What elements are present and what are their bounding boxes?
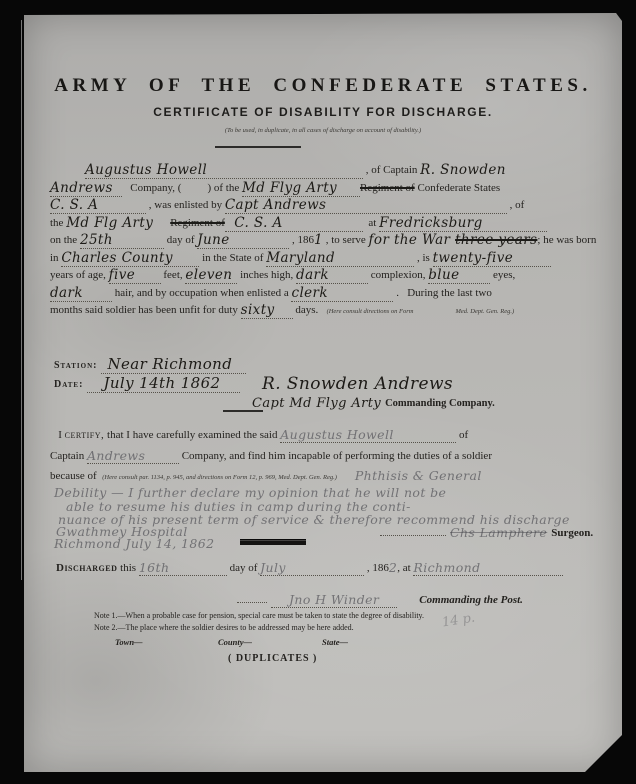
text-segment: complexion, — [368, 269, 428, 281]
town-label: Town— — [115, 637, 143, 647]
eyes: blue — [428, 267, 490, 284]
film-scratch — [21, 20, 22, 580]
discharge-month: July — [260, 560, 364, 576]
serve-term: for the War — [369, 232, 456, 248]
duplicates-label: ( DUPLICATES ) — [228, 653, 317, 664]
enlist-place: Fredricksburg — [379, 215, 547, 232]
height-inches: eleven — [185, 267, 237, 284]
text-segment: this — [117, 562, 138, 574]
text-segment: day of — [164, 234, 197, 246]
text-segment: I — [50, 429, 65, 441]
text-segment: ; he was born — [537, 234, 596, 246]
text-segment: , 186 — [364, 562, 389, 574]
text-segment: years of age, — [50, 269, 109, 281]
enlisted-by: Capt Andrews — [225, 197, 507, 214]
company-signature-rank-row: Capt Md Flyg Arty Commanding Company. — [252, 393, 495, 411]
unfit-days: sixty — [241, 302, 293, 319]
text-segment: Confederate States — [415, 182, 501, 194]
text-segment: , of — [507, 199, 524, 211]
army-abbrev-2: C. S. A — [225, 215, 363, 232]
certify-line-2: Captain Andrews Company, and find him in… — [50, 446, 492, 464]
certify-place-date-text: Richmond July 14, 1862 — [54, 536, 214, 551]
text-segment: in the State of — [199, 252, 266, 264]
form-line: Andrews Company, () of the Md Flyg ArtyR… — [50, 178, 610, 196]
soldier-name: Augustus Howell — [85, 162, 363, 179]
text-segment: Company, and find him incapable of perfo… — [179, 450, 492, 462]
date-value: July 14th 1862 — [87, 374, 240, 393]
text-segment: , 186 — [289, 234, 314, 246]
company-signature-name: R. Snowden Andrews — [262, 374, 453, 394]
form-line: C. S. A , was enlisted by Capt Andrews ,… — [50, 195, 610, 213]
text-segment: hair, and by occupation when enlisted a — [112, 287, 291, 299]
usage-note: (To be used, in duplicate, in all cases … — [24, 127, 622, 134]
text-segment: inches high, — [237, 269, 296, 281]
discharge-divider-rule — [240, 539, 306, 545]
text-segment: days. — [293, 304, 327, 316]
complexion: dark — [296, 267, 368, 284]
county-label: County— — [218, 637, 252, 647]
enlist-month: June — [197, 232, 289, 249]
form-line: months said soldier has been unfit for d… — [50, 300, 610, 318]
signature-underline-rule — [223, 410, 263, 412]
regiment-handwritten: Md Flyg Arty — [242, 180, 360, 197]
surgeon-signature-row: Chs Lamphere Surgeon. — [380, 523, 593, 541]
birth-state: Maryland — [266, 250, 414, 267]
discharge-line: Discharged this 16th day of July , 1862,… — [56, 558, 563, 576]
text-segment: day of — [227, 562, 260, 574]
form-line: on the 25th day of June , 1861 , to serv… — [50, 230, 610, 248]
certificate-paper: ARMY OF THE CONFEDERATE STATES. CERTIFIC… — [24, 13, 622, 772]
text-segment: in — [50, 252, 61, 264]
surgeon-signature: Chs Lamphere — [450, 525, 547, 540]
station-value: Near Richmond — [101, 355, 246, 374]
date-label: Date: — [54, 379, 83, 390]
certify-line-3: because of (Here consult par. 1134, p. 9… — [50, 466, 482, 484]
captain-first-name: R. Snowden — [420, 162, 506, 178]
text-segment: Company, ( — [122, 182, 181, 194]
text-segment: feet, — [161, 269, 186, 281]
text-segment: , at — [397, 562, 413, 574]
text-segment: Discharged — [56, 562, 117, 574]
text-segment: Med. Dept. Gen. Reg.) — [455, 308, 514, 315]
post-signature-blank-left — [237, 602, 267, 603]
note-1: Note 1.—When a probable case for pension… — [94, 611, 424, 620]
pencil-marginalia: 14 p. — [441, 611, 476, 631]
text-segment: eyes, — [490, 269, 515, 281]
army-abbrev: C. S. A — [50, 197, 146, 214]
text-segment: Regiment of — [360, 182, 415, 194]
text-segment: , to serve — [323, 234, 369, 246]
commanding-company-label: Commanding Company. — [385, 398, 495, 409]
text-segment: (Here consult par. 1134, p. 945, and dir… — [102, 474, 337, 481]
document-title: ARMY OF THE CONFEDERATE STATES. — [24, 75, 622, 97]
document-subtitle: CERTIFICATE OF DISABILITY FOR DISCHARGE. — [24, 105, 622, 119]
text-segment: on the — [50, 234, 80, 246]
serve-term-struck: three years — [455, 232, 537, 248]
surgeon-signature-blank — [380, 535, 446, 536]
certify-captain-name: Andrews — [87, 448, 179, 464]
text-segment: ) of the — [207, 182, 242, 194]
text-segment: because of — [50, 470, 102, 482]
station-row: Station: Near Richmond — [54, 354, 246, 373]
certify-line-1: I certify, that I have carefully examine… — [50, 425, 468, 443]
form-line: Augustus Howell , of Captain R. Snowden — [50, 160, 610, 178]
text-segment: Regiment of — [170, 217, 225, 229]
company-signature: R. Snowden Andrews — [262, 373, 453, 393]
text-segment: months said soldier has been unfit for d… — [50, 304, 241, 316]
form-line: the Md Flg Arty Regiment of C. S. A at F… — [50, 213, 610, 231]
station-label: Station: — [54, 360, 97, 371]
header-divider-rule — [215, 146, 301, 148]
height-feet: five — [109, 267, 161, 284]
form-line: dark hair, and by occupation when enlist… — [50, 283, 610, 301]
post-signature-row: Jno H Winder Commanding the Post. — [237, 590, 523, 608]
disability-cause: Phthisis & General — [355, 468, 482, 483]
post-signature: Jno H Winder — [271, 592, 397, 608]
certify-soldier-name: Augustus Howell — [280, 427, 456, 443]
text-segment: Captain — [50, 450, 87, 462]
hair: dark — [50, 285, 112, 302]
discharge-day: 16th — [139, 560, 227, 576]
regiment-2: Md Flg Arty — [66, 215, 170, 231]
text-segment: , was enlisted by — [146, 199, 225, 211]
text-segment: . During the last two — [393, 287, 491, 299]
form-line: in Charles County in the State of Maryla… — [50, 248, 610, 266]
form-line: years of age, five feet, eleven inches h… — [50, 265, 610, 283]
enlist-day: 25th — [80, 232, 164, 249]
discharge-place: Richmond — [413, 560, 563, 576]
company-signature-rank: Capt Md Flyg Arty — [252, 396, 381, 411]
certify-place-date: Richmond July 14, 1862 — [54, 534, 214, 552]
commanding-post-label: Commanding the Post. — [419, 594, 523, 606]
discharge-year-digit: 2 — [389, 560, 397, 575]
text-segment: , of Captain — [363, 164, 420, 176]
text-segment: of — [456, 429, 468, 441]
enlist-year-digit: 1 — [314, 232, 323, 248]
captain-last-name: Andrews — [50, 180, 122, 197]
text-segment: , is — [414, 252, 432, 264]
text-segment: certify, — [65, 429, 105, 441]
date-row: Date: July 14th 1862 — [54, 373, 240, 392]
enlistment-paragraph: Augustus Howell , of Captain R. Snowden … — [50, 160, 610, 318]
age: twenty-five — [433, 250, 551, 267]
note-2: Note 2.—The place where the soldier desi… — [94, 623, 354, 632]
state-label: State— — [322, 637, 348, 647]
text-segment: at — [363, 217, 379, 229]
text-segment: (Here consult directions on Form — [327, 308, 414, 315]
occupation: clerk — [291, 285, 393, 302]
text-segment: the — [50, 217, 66, 229]
birth-county: Charles County — [61, 250, 199, 267]
surgeon-label: Surgeon. — [551, 527, 593, 539]
scanned-document-photo: ARMY OF THE CONFEDERATE STATES. CERTIFIC… — [0, 0, 636, 784]
text-segment: that I have carefully examined the said — [104, 429, 280, 441]
